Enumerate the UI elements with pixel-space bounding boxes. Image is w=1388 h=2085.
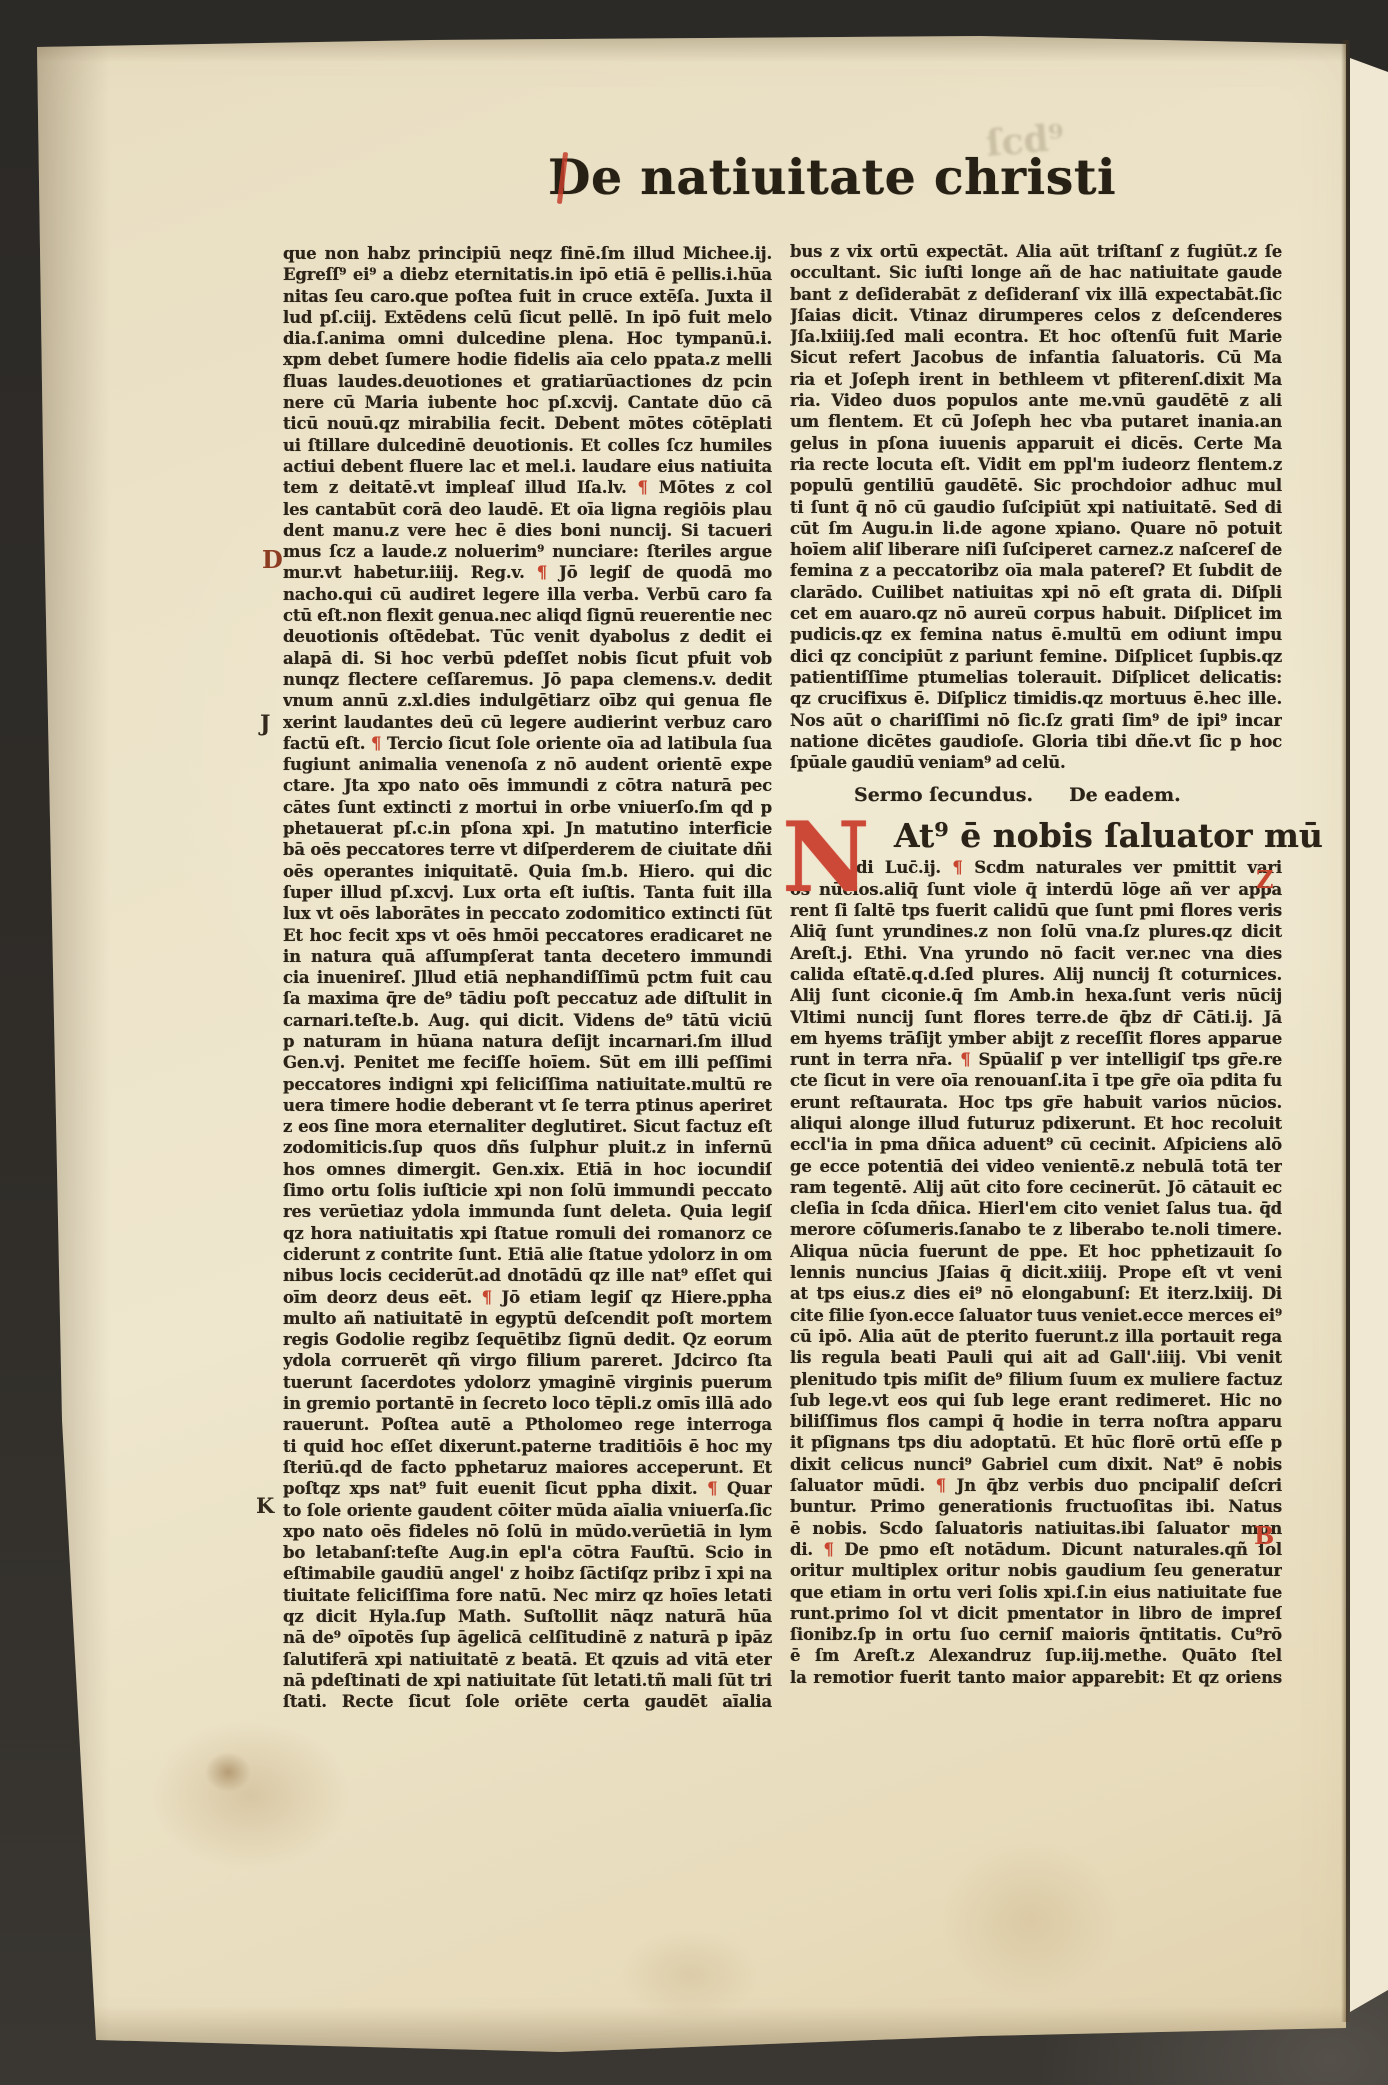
- pilcrow-rubric: ¶: [638, 478, 648, 497]
- text-line: oīm deorz deus eēt. ¶ Jō etiam legiſ qz …: [283, 1287, 772, 1308]
- pilcrow-rubric: ¶: [371, 734, 381, 753]
- text-line: ctare. Jta xpo nato oēs immundi z cōtra …: [283, 775, 772, 796]
- text-line: eccl'ia in pma dñica aduent⁹ cū cecinit.…: [790, 1134, 1282, 1155]
- text-line: factū eſt. ¶ Tercio ſicut ſole oriente o…: [283, 733, 772, 754]
- text-line: mus ſcz a laude.z noluerim⁹ nunciare: ſt…: [283, 541, 772, 562]
- text-line: cūt ſm Augu.in li.de agone xpiano. Quare…: [790, 518, 1282, 539]
- text-line: bus z vix ortū expectāt. Alia aūt triſta…: [790, 241, 1282, 262]
- margin-letter: J: [260, 712, 270, 736]
- text-line: at tps eius.z dies ei⁹ nō elongabunſ: Et…: [790, 1283, 1282, 1304]
- text-line: nere cū Maria iubente hoc pſ.xcvij. Cant…: [283, 392, 772, 413]
- text-line: aliqui alonge illud futuruz pdixerunt. E…: [790, 1113, 1282, 1134]
- text-line: ydola corruerēt qñ virgo filium pareret.…: [283, 1350, 772, 1371]
- gutter-shadow: [30, 36, 110, 2046]
- text-line: buntur. Primo generationis fructuoſitas …: [790, 1496, 1282, 1517]
- margin-letter: K: [256, 1494, 274, 1518]
- text-line: Gen.vj. Penitet me feciſſe hoīem. Sūt em…: [283, 1052, 772, 1073]
- page-top-edge-shade: [30, 36, 1350, 62]
- text-line: erunt reſtaurata. Hoc tps gr̄e habuit va…: [790, 1092, 1282, 1113]
- text-line: xpo nato oēs fideles nō ſolū in mūdo.ver…: [283, 1521, 772, 1542]
- text-line: nacho.qui cū audiret legere illa verba. …: [283, 584, 772, 605]
- pilcrow-rubric: ¶: [952, 858, 962, 877]
- text-line: actiui debent fluere lac et mel.i. lauda…: [283, 456, 772, 477]
- text-line: dia.ſ.anima omni dulcedine plena. Hoc ty…: [283, 328, 772, 349]
- text-line: bo letabanſ:teſte Aug.in epl'a cōtra Fau…: [283, 1542, 772, 1563]
- text-line: phetauerat pſ.c.in pſona xpi. Jn matutin…: [283, 818, 772, 839]
- text-line: cite filie ſyon.ecce ſaluator tuus venie…: [790, 1305, 1282, 1326]
- margin-letter: B: [1254, 1524, 1274, 1548]
- text-line: eſtimabile gaudiū angel' z hoibz ſāctiſq…: [283, 1563, 772, 1584]
- text-line: Jſaias dicit. Vtinaz dirumperes celos z …: [790, 305, 1282, 326]
- text-line: ria. Video duos populos ante me.vnū gaud…: [790, 390, 1282, 411]
- text-line: in natura quā aſſumpſerat tanta decetero…: [283, 946, 772, 967]
- sermon1-text: bus z vix ortū expectāt. Alia aūt triſta…: [790, 241, 1282, 773]
- text-line: ſtati. Recte ſicut ſole oriēte certa gau…: [283, 1691, 772, 1712]
- text-line: pudicis.qz ex femina natus ē.multū em od…: [790, 624, 1282, 645]
- text-line: mur.vt habetur.iiij. Reg.v. ¶ Jō legiſ d…: [283, 562, 772, 583]
- text-line: ria recte locuta eſt. Vidit em ppl'm iud…: [790, 454, 1282, 475]
- sermon2-block: N At⁹ ē nobis ſaluator mū di Luc̄.ij. ¶ …: [790, 815, 1282, 1688]
- text-line: carnari.teſte.b. Aug. qui dicit. Videns …: [283, 1010, 772, 1031]
- text-line: nā de⁹ oīpotēs ſup āgelicā celſitudinē z…: [283, 1627, 772, 1648]
- margin-letter: Z: [1256, 868, 1274, 892]
- text-line: ti quid hoc eſſet dixerunt.paterne tradi…: [283, 1436, 772, 1457]
- text-line: ſimo ortu ſolis iuſticie xpi non ſolū im…: [283, 1180, 772, 1201]
- text-line: ſalutiferā xpi natiuitatē z beatā. Et qz…: [283, 1649, 772, 1670]
- text-line: cte ſicut in vere oīa renouanſ.ita ī tpe…: [790, 1070, 1282, 1091]
- text-line: ti ſunt q̄ nō cū gaudio ſuſcipiūt xpi na…: [790, 497, 1282, 518]
- text-line: nunqz flectere ceſſaremus. Jō papa cleme…: [283, 669, 772, 690]
- text-line: alapā di. Si hoc verbū pdeſſet nobis ſic…: [283, 648, 772, 669]
- text-line: dici qz concipiūt z pariunt femine. Diſp…: [790, 646, 1282, 667]
- text-line: lux vt oēs laborātes in peccato zodomiti…: [283, 903, 772, 924]
- text-line: dent manu.z vere hec ē dies boni nuncij.…: [283, 520, 772, 541]
- left-text-column: que non habz principiū neqz finē.ſm illu…: [283, 243, 772, 1712]
- text-line: tuerunt ſacerdotes ydolorz ymaginē virgi…: [283, 1372, 772, 1393]
- heading-rest: e natiuitate christi: [591, 148, 1116, 206]
- photograph-of-book: ſcd⁹ De natiuitate christi que non habz …: [0, 0, 1388, 2085]
- text-line: ge ecce potentiā dei video venientē.z ne…: [790, 1156, 1282, 1177]
- text-line: ſub lege.vt eos qui ſub lege erant redim…: [790, 1390, 1282, 1411]
- text-line: runt in terra nr̄a. ¶ Spūaliſ p ver inte…: [790, 1049, 1282, 1070]
- text-line: ticū nouū.qz mirabilia fecit. Debent mōt…: [283, 413, 772, 434]
- text-line: populū gentiliū gaudētē. Sic prochdoior …: [790, 475, 1282, 496]
- text-line: clarādo. Cuilibet natiuitas xpi nō eſt g…: [790, 582, 1282, 603]
- text-line: ciderunt z contrite ſunt. Etiā alie ſtat…: [283, 1244, 772, 1265]
- text-line: lennis nuncius Jſaias q̄ dicit.xiiij. Pr…: [790, 1262, 1282, 1283]
- text-line: nā pdeſtinati de xpi natiuitate ſūt leta…: [283, 1670, 772, 1691]
- text-line: bā oēs peccatores terre vt diſperderem d…: [283, 839, 772, 860]
- text-line: di. ¶ De pmo eſt notādum. Dicunt natural…: [790, 1539, 1282, 1560]
- text-line: multo añ natiuitatē in egyptū deſcendit …: [283, 1308, 772, 1329]
- text-line: um flentem. Et cū Joſeph hec vba putaret…: [790, 411, 1282, 432]
- text-line: ram tegentē. Alij aūt cito fore cecinerū…: [790, 1177, 1282, 1198]
- subheading-de-eadem: De eadem.: [1069, 783, 1181, 811]
- text-line: cia inuenireſ. Jllud etiā nephandiſſimū …: [283, 967, 772, 988]
- text-line: runt.primo ſol vt dicit pmentator in lib…: [790, 1603, 1282, 1624]
- stain: [150, 1720, 350, 1870]
- text-line: hoīem aliſ liberare niſi ſuſciperet carn…: [790, 539, 1282, 560]
- text-line: biliſſimus flos campi q̄ hodie in terra …: [790, 1411, 1282, 1432]
- text-line: tem z deitatē.vt impleaſ illud Iſa.lv. ¶…: [283, 477, 772, 498]
- text-line: que etiam in ortu veri ſolis xpi.ſ.in ei…: [790, 1582, 1282, 1603]
- text-line: peccatores indigni xpi feliciſſima natiu…: [283, 1074, 772, 1095]
- text-line: Sicut refert Jacobus de infantia ſaluato…: [790, 347, 1282, 368]
- text-line: cleſia in ſcda dñica. Hierl'em cito veni…: [790, 1198, 1282, 1219]
- text-line: xerint laudantes deū cū legere audierint…: [283, 712, 772, 733]
- text-line: femina z a peccatoribz oīa mala patereſ?…: [790, 560, 1282, 581]
- text-line: rauerunt. Poſtea autē a Ptholomeo rege i…: [283, 1414, 772, 1435]
- heading-initial: D: [548, 148, 591, 206]
- text-line: tiuitate feliciſſima fore natū. Nec mirz…: [283, 1585, 772, 1606]
- book-page: ſcd⁹ De natiuitate christi que non habz …: [0, 0, 1388, 2085]
- text-line: p naturam in hūana natura deſijt incarna…: [283, 1031, 772, 1052]
- text-line: ſteriū.qd de facto pphetaruz maiores acc…: [283, 1457, 772, 1478]
- text-line: Jſa.lxiiij.ſed mali econtra. Et hoc oſte…: [790, 326, 1282, 347]
- text-line: ſionibz.ſp in ortu ſuo cerniſ maioris q̄…: [790, 1624, 1282, 1645]
- text-line: ui ſtillare dulcedinē deuotionis. Et col…: [283, 435, 772, 456]
- text-line: patientiſſime ptumelias tolerauit. Diſpl…: [790, 667, 1282, 688]
- text-line: em hyems trāſijt ymber abijt z receſſit …: [790, 1028, 1282, 1049]
- text-line: cū ipō. Alia aūt de pterito fuerunt.z il…: [790, 1326, 1282, 1347]
- text-line: plenitudo tpis miſit de⁹ filium ſuum ex …: [790, 1369, 1282, 1390]
- text-line: que non habz principiū neqz finē.ſm illu…: [283, 243, 772, 264]
- text-line: Et hoc fecit xps vt oēs hmōi peccatores …: [283, 925, 772, 946]
- text-line: Aliqua nūcia fuerunt de ppe. Et hoc pphe…: [790, 1241, 1282, 1262]
- text-line: Vltimi nuncij ſunt flores terre.de q̄bz …: [790, 1007, 1282, 1028]
- text-line: zodomiticis.ſup quos dñs ſulphur pluit.z…: [283, 1137, 772, 1158]
- text-line: oēs operantes iniquitatē. Quia ſm.b. Hie…: [283, 861, 772, 882]
- subheading-sermo: Sermo ſecundus.: [854, 783, 1033, 811]
- text-line: xpm debet ſumere hodie fidelis aīa celo …: [283, 349, 772, 370]
- pilcrow-rubric: ¶: [960, 1050, 970, 1069]
- lombard-initial: N: [782, 815, 886, 911]
- pilcrow-rubric: ¶: [537, 563, 547, 582]
- right-text-column: bus z vix ortū expectāt. Alia aūt triſta…: [790, 241, 1282, 1688]
- text-line: ſpūale gaudiū veniam⁹ ad celū.: [790, 752, 1282, 773]
- pilcrow-rubric: ¶: [824, 1540, 834, 1559]
- text-line: ctū eſt.non flexit genua.nec aliqd ſignū…: [283, 605, 772, 626]
- text-line: oritur multiplex oritur nobis gaudium ſe…: [790, 1560, 1282, 1581]
- text-line: to ſole oriente gaudent cōiter mūda aīal…: [283, 1500, 772, 1521]
- text-line: regis Godolie regibz ſequētibz ſignū ded…: [283, 1329, 772, 1350]
- text-line: res verūetiaz ydola immunda ſunt deleta.…: [283, 1201, 772, 1222]
- sermon2-text: os nūcios.aliq̄ ſunt viole q̄ interdū lō…: [790, 879, 1282, 1688]
- text-line: ſaluator mūdi. ¶ Jn q̄bz verbis duo pnci…: [790, 1475, 1282, 1496]
- text-line: nibus locis ceciderūt.ad dnotādū qz ille…: [283, 1265, 772, 1286]
- text-line: uera timere hodie deberant vt ſe terra p…: [283, 1095, 772, 1116]
- text-line: dixit celicus nunci⁹ Gabriel cum dixit. …: [790, 1454, 1282, 1475]
- text-line: natione dicētes gaudioſe. Gloria tibi dñ…: [790, 731, 1282, 752]
- text-line: occultant. Sic iuſti longe añ de hac nat…: [790, 262, 1282, 283]
- text-line: la remotior fuerit tanto maior apparebit…: [790, 1667, 1282, 1688]
- text-line: nitas ſeu caro.que poſtea fuit in cruce …: [283, 286, 772, 307]
- text-line: hos omnes dimergit. Gen.xix. Etiā in hoc…: [283, 1159, 772, 1180]
- text-line: deuotionis oſtēdebat. Tūc venit dyabolus…: [283, 626, 772, 647]
- page-title: De natiuitate christi: [548, 148, 1116, 212]
- text-line: fluas laudes.deuotiones et gratiarūactio…: [283, 371, 772, 392]
- text-line: qz dicit Hyla.ſup Math. Suſtollit nāqz n…: [283, 1606, 772, 1627]
- pilcrow-rubric: ¶: [482, 1288, 492, 1307]
- text-line: Egreſſ⁹ ei⁹ a diebz eternitatis.in ipō e…: [283, 264, 772, 285]
- text-line: lis regula beati Pauli qui ait ad Gall'.…: [790, 1347, 1282, 1368]
- text-line: it pſignans tps diu adoptatū. Et hūc flo…: [790, 1432, 1282, 1453]
- pilcrow-rubric: ¶: [936, 1476, 946, 1495]
- text-line: les cantabūt corā deo laudē. Et oīa lign…: [283, 499, 772, 520]
- text-line: lud pſ.ciij. Extēdens celū ſicut pellē. …: [283, 307, 772, 328]
- text-line: Alij ſunt ciconie.q̄ ſm Amb.in hexa.ſunt…: [790, 985, 1282, 1006]
- text-line: merore cōſumeris.ſanabo te z liberabo te…: [790, 1219, 1282, 1240]
- text-line: bant z deſiderabāt z deſideranſ vix illā…: [790, 284, 1282, 305]
- text-line: qz crucifixus ē. Diſplicz timidis.qz mor…: [790, 688, 1282, 709]
- text-line: vnum annū z.xl.dies indulgētiarz oībz qu…: [283, 690, 772, 711]
- text-line: z eos ſine mora eternaliter deglutiret. …: [283, 1116, 772, 1137]
- text-line: Nos aūt o chariſſimi nō ſic.ſz grati ſim…: [790, 710, 1282, 731]
- text-line: qz hora natiuitatis xpi ſtatue romuli de…: [283, 1223, 772, 1244]
- stain: [620, 1930, 760, 2020]
- text-line: ſuper illud pſ.xcvj. Lux orta eſt iuſtis…: [283, 882, 772, 903]
- text-line: Areſt.j. Ethi. Vna yrundo nō facit ver.n…: [790, 943, 1282, 964]
- stain: [940, 1840, 1120, 2000]
- text-line: ſa maxima q̄re de⁹ tādiu poſt peccatuz a…: [283, 988, 772, 1009]
- text-line: calida eſtatē.q.d.ſed plures. Alij nunci…: [790, 964, 1282, 985]
- text-line: poſtqz xps nat⁹ fuit euenit ſicut ppha d…: [283, 1478, 772, 1499]
- text-line: ē ſm Areſt.z Alexandruz ſup.iij.methe. Q…: [790, 1645, 1282, 1666]
- text-line: cātes ſunt extincti z mortui in orbe vni…: [283, 797, 772, 818]
- stain: [205, 1752, 251, 1792]
- pilcrow-rubric: ¶: [707, 1479, 717, 1498]
- text-line: ria et Joſeph irent in bethleem vt pfite…: [790, 369, 1282, 390]
- text-line: ē nobis. Scdo ſaluatoris natiuitas.ibi ſ…: [790, 1518, 1282, 1539]
- margin-letter: D: [262, 548, 283, 572]
- page-edge-crease: [1341, 40, 1350, 2022]
- text-line: gelus in pſona iuuenis apparuit ei dicēs…: [790, 433, 1282, 454]
- text-line: in gremio portantē in ſecreto loco tēpli…: [283, 1393, 772, 1414]
- text-line: Aliq̄ ſunt yrundines.z non ſolū vna.ſz p…: [790, 921, 1282, 942]
- text-line: cet em auaro.qz nō aureū corpus habuit. …: [790, 603, 1282, 624]
- text-line: fugiunt animalia venenoſa z nō audent or…: [283, 754, 772, 775]
